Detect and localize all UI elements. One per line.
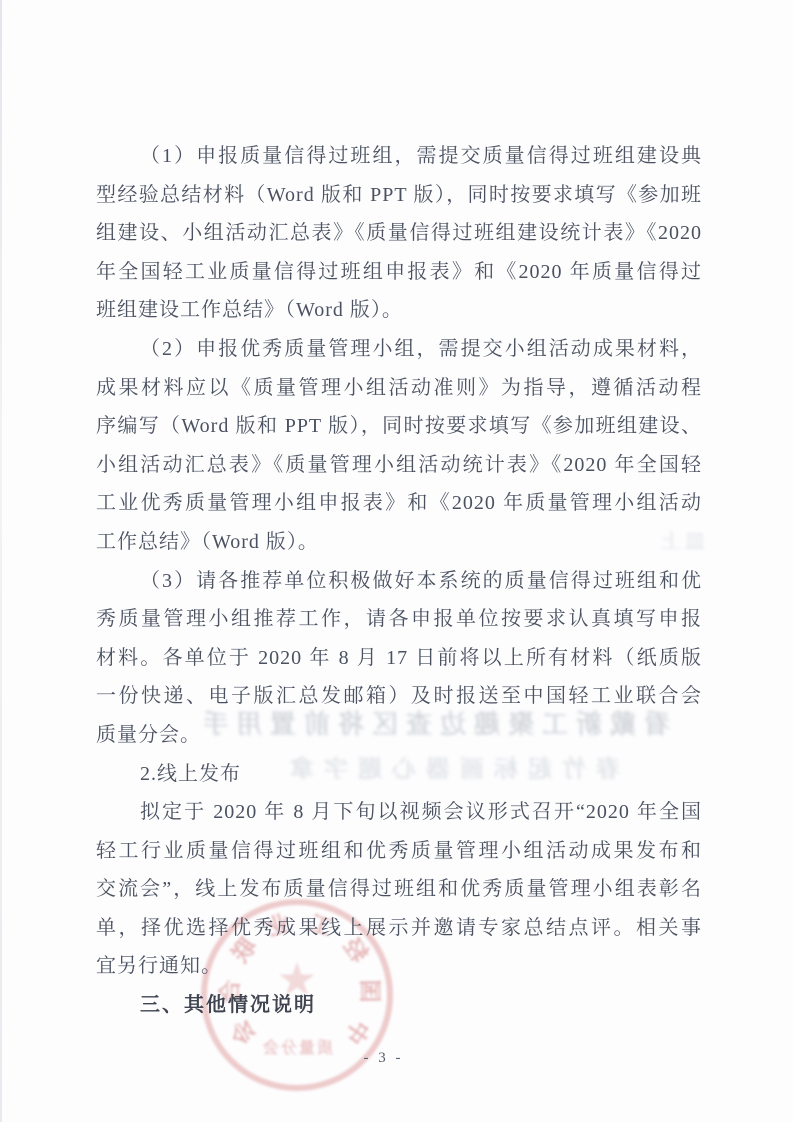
text-line: 工作总结》（Word 版）。 — [96, 523, 702, 562]
text-line: 质量分会。 — [96, 716, 702, 755]
text-line: 交流会”，线上发布质量信得过班组和优秀质量管理小组表彰名 — [96, 870, 702, 909]
text-line: 年全国轻工业质量信得过班组申报表》和《2020 年质量信得过 — [96, 253, 702, 292]
text-line: 工业优秀质量管理小组申报表》和《2020 年质量管理小组活动 — [96, 484, 702, 523]
text-line: 秀质量管理小组推荐工作，请各申报单位按要求认真填写申报 — [96, 600, 702, 639]
text-line: 单，择优选择优秀成果线上展示并邀请专家总结点评。相关事 — [96, 909, 702, 948]
text-line: 成果材料应以《质量管理小组活动准则》为指导，遵循活动程 — [96, 369, 702, 408]
text-line: 轻工行业质量信得过班组和优秀质量管理小组活动成果发布和 — [96, 832, 702, 871]
text-line: 一份快递、电子版汇总发邮箱）及时报送至中国轻工业联合会 — [96, 677, 702, 716]
text-line: （3）请各推荐单位积极做好本系统的质量信得过班组和优 — [96, 562, 702, 601]
text-line: 宜另行通知。 — [96, 947, 702, 986]
text-line: 小组活动汇总表》《质量管理小组活动统计表》《2020 年全国轻 — [96, 446, 702, 485]
document-page: 看戴新工聚趣边查区将前置用手 春竹起标画器心题字拿去 皿上 ★ 中国轻工业联合会… — [0, 0, 793, 1122]
page-number: - 3 - — [0, 1048, 780, 1068]
text-line: 型经验总结材料（Word 版和 PPT 版），同时按要求填写《参加班 — [96, 176, 702, 215]
text-line: 组建设、小组活动汇总表》《质量信得过班组建设统计表》《2020 — [96, 214, 702, 253]
text-line: 材料。各单位于 2020 年 8 月 17 日前将以上所有材料（纸质版 — [96, 639, 702, 678]
text-line: 2.线上发布 — [96, 755, 702, 794]
scan-edge-line — [0, 0, 2, 1122]
section-heading: 三、其他情况说明 — [96, 986, 702, 1025]
text-line: 序编写（Word 版和 PPT 版），同时按要求填写《参加班组建设、 — [96, 407, 702, 446]
text-line: 拟定于 2020 年 8 月下旬以视频会议形式召开“2020 年全国 — [96, 793, 702, 832]
text-line: （2）申报优秀质量管理小组，需提交小组活动成果材料， — [96, 330, 702, 369]
text-line: （1）申报质量信得过班组，需提交质量信得过班组建设典 — [96, 137, 702, 176]
text-line: 班组建设工作总结》（Word 版）。 — [96, 291, 702, 330]
document-lines: （1）申报质量信得过班组，需提交质量信得过班组建设典型经验总结材料（Word 版… — [96, 137, 702, 1025]
